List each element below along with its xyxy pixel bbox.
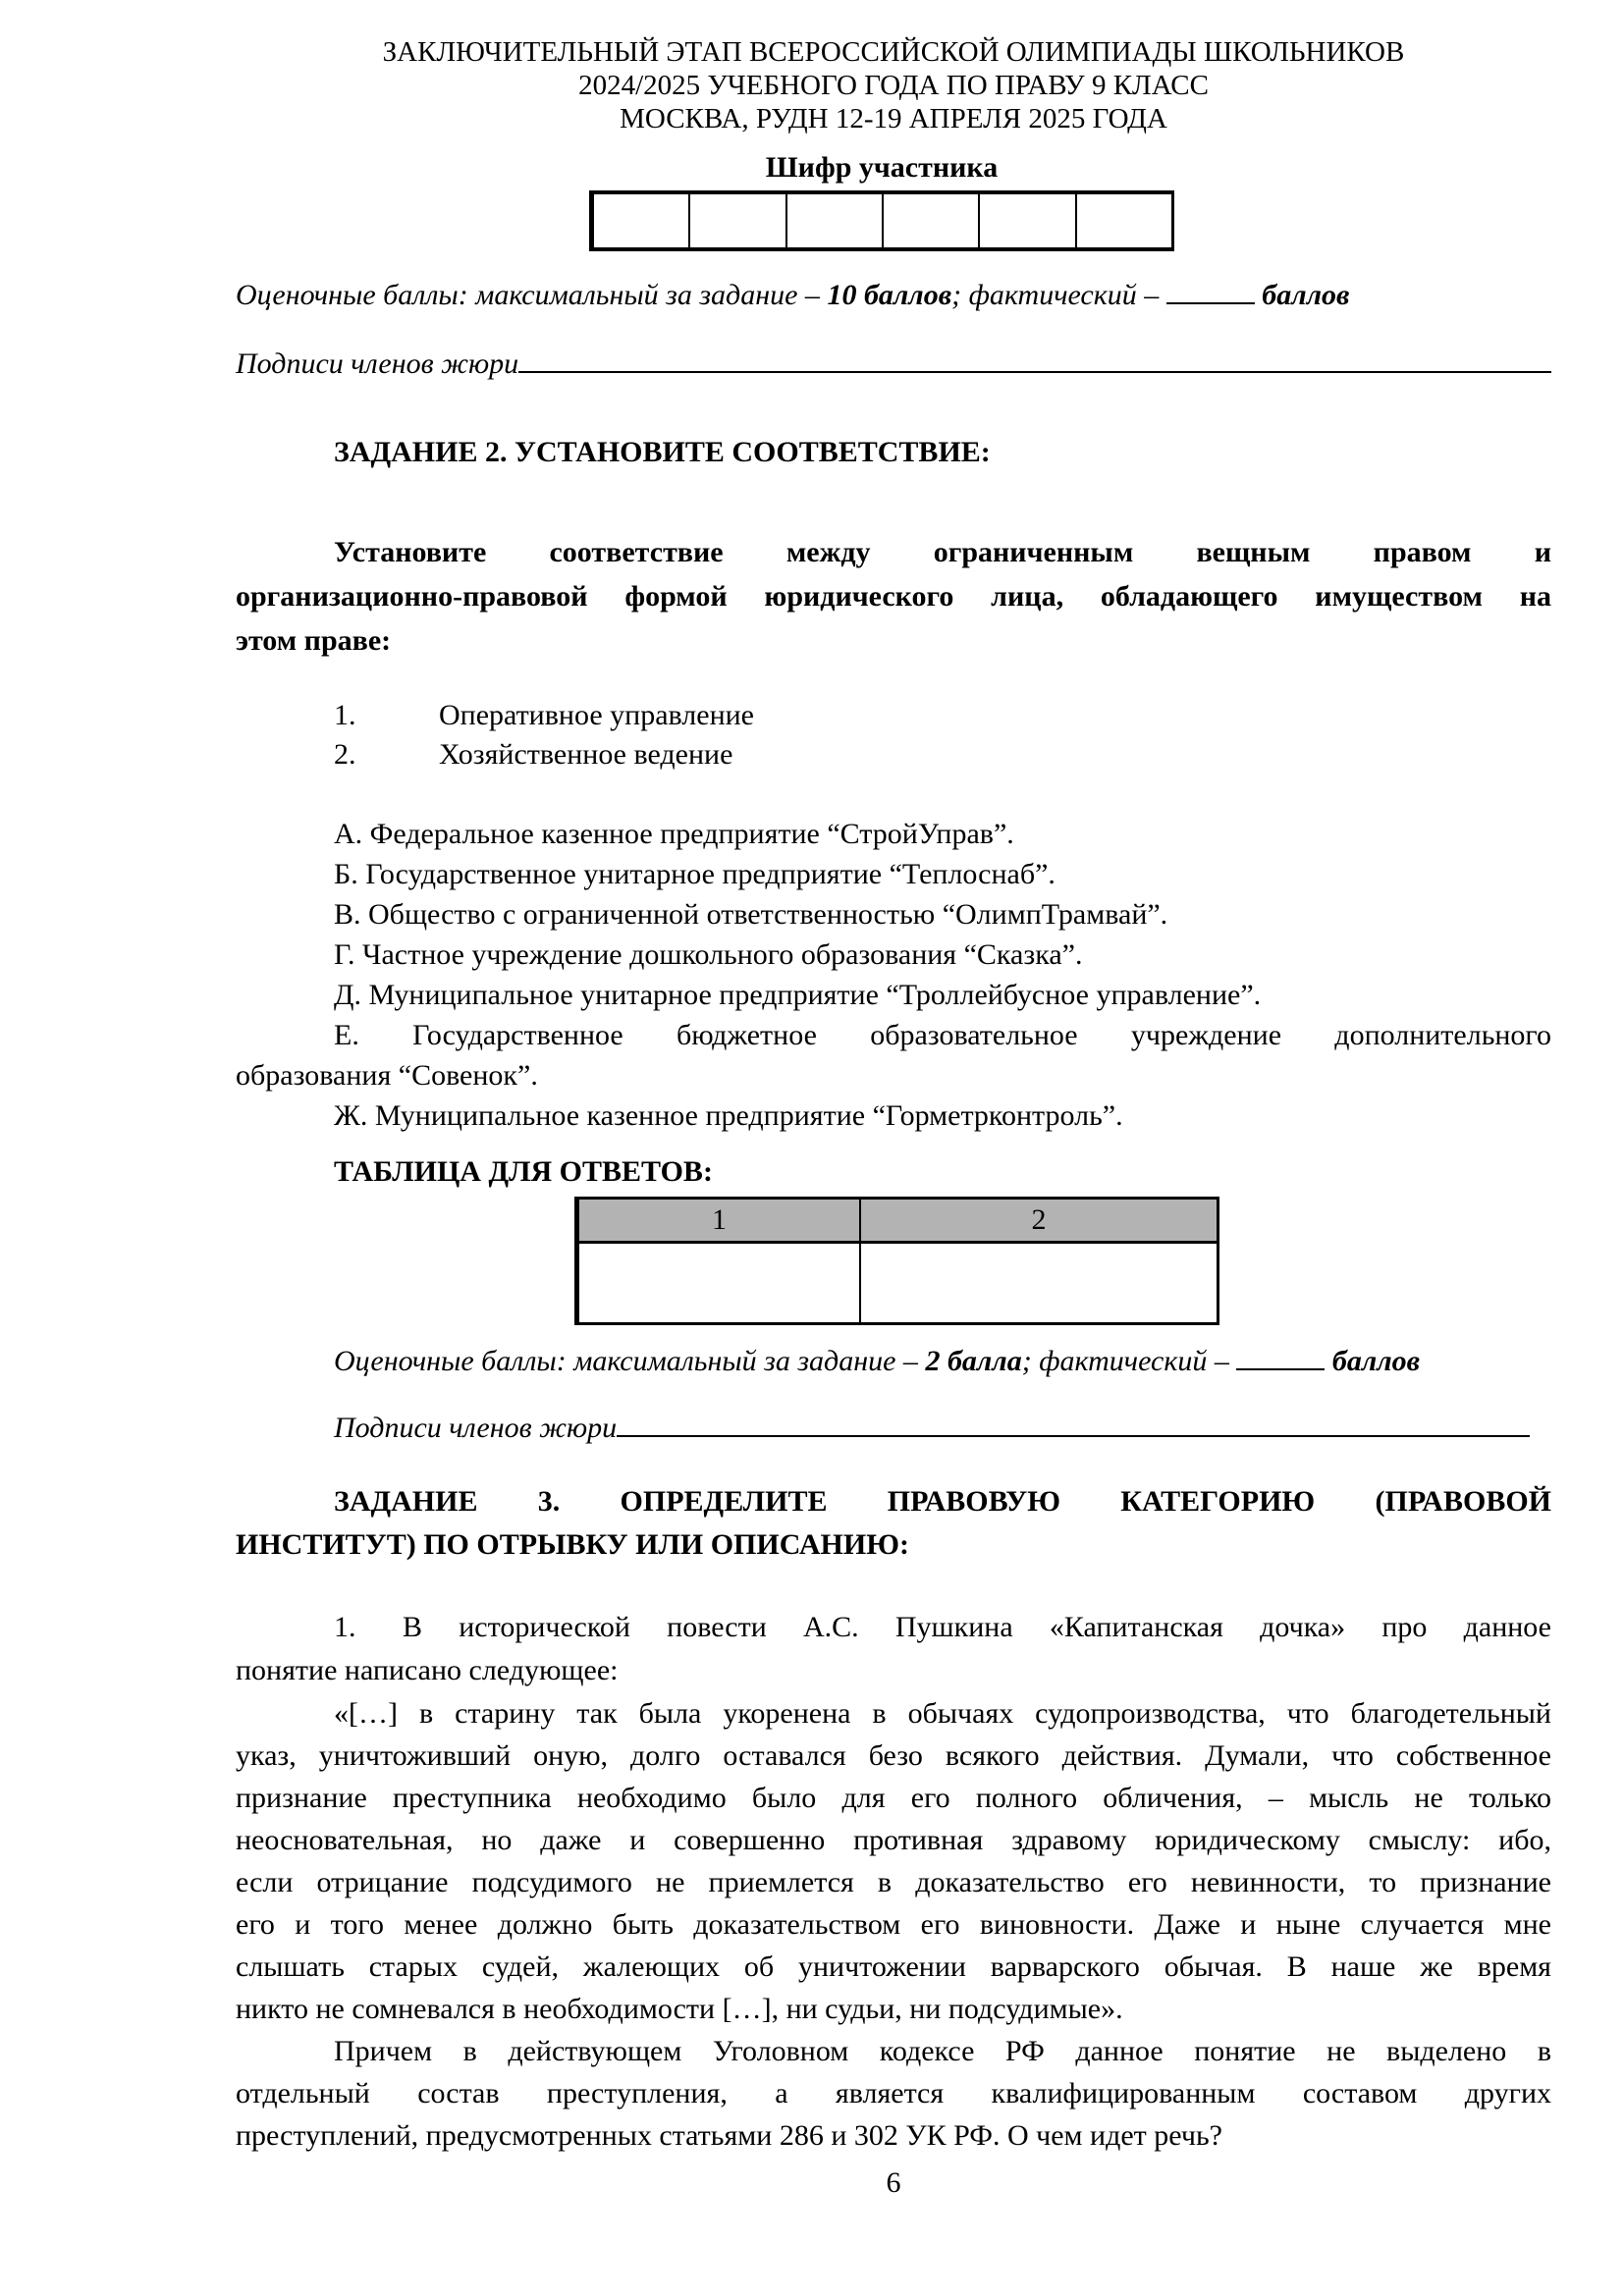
header-line: МОСКВА, РУДН 12-19 АПРЕЛЯ 2025 ГОДА (236, 102, 1551, 135)
answer-table: 12 (574, 1197, 1219, 1325)
task1-scoring-line: Оценочные баллы: максимальный за задание… (236, 279, 1551, 312)
task2-intro: Установите соответствие между ограниченн… (236, 530, 1551, 663)
numbered-item-text: Хозяйственное ведение (439, 738, 732, 771)
scoring-prefix: Оценочные баллы: максимальный за задание… (236, 279, 827, 311)
option-line: Е. Государственное бюджетное образовател… (236, 1015, 1551, 1055)
scoring-mid: ; фактический – (1022, 1345, 1237, 1377)
task2-intro-line: Установите соответствие между ограниченн… (236, 530, 1551, 574)
final-line: Причем в действующем Уголовном кодексе Р… (236, 2030, 1551, 2072)
answer-table-body-row (577, 1244, 1217, 1322)
document-header: ЗАКЛЮЧИТЕЛЬНЫЙ ЭТАП ВСЕРОССИЙСКОЙ ОЛИМПИ… (236, 35, 1551, 135)
task3-item1-line2: понятие написано следующее: (236, 1649, 1551, 1692)
numbered-item-text: Оперативное управление (439, 699, 754, 731)
header-line: ЗАКЛЮЧИТЕЛЬНЫЙ ЭТАП ВСЕРОССИЙСКОЙ ОЛИМПИ… (236, 35, 1551, 69)
option-line: Г. Частное учреждение дошкольного образо… (236, 934, 1551, 975)
task2-intro-line: организационно-правовой формой юридическ… (236, 574, 1551, 618)
scoring-mid: ; фактический – (951, 279, 1166, 311)
final-line: преступлений, предусмотренных статьями 2… (236, 2114, 1551, 2157)
signature-blank-line[interactable] (617, 1406, 1530, 1437)
answer-table-input-cell[interactable] (859, 1244, 1217, 1322)
option-line: образования “Совенок”. (236, 1055, 1551, 1095)
option-line: Д. Муниципальное унитарное предприятие “… (236, 975, 1551, 1015)
quote-line: слышать старых судей, жалеющих об уничто… (236, 1946, 1551, 1988)
task3-title: ЗАДАНИЕ 3. ОПРЕДЕЛИТЕ ПРАВОВУЮ КАТЕГОРИЮ… (236, 1480, 1551, 1567)
option-line: Ж. Муниципальное казенное предприятие “Г… (236, 1095, 1551, 1136)
participant-code-cell[interactable] (978, 194, 1074, 247)
task3-final-paragraph: Причем в действующем Уголовном кодексе Р… (236, 2030, 1551, 2157)
numbered-item-number: 2. (334, 735, 439, 774)
quote-line: указ, уничтоживший оную, долго оставался… (236, 1735, 1551, 1777)
final-line: отдельный состав преступления, а являетс… (236, 2072, 1551, 2114)
quote-line: признание преступника необходимо было дл… (236, 1777, 1551, 1819)
item-text: В исторической повести А.С. Пушкина «Кап… (403, 1611, 1551, 1643)
scoring-suffix: баллов (1325, 1345, 1420, 1377)
task2-scoring-line: Оценочные баллы: максимальный за задание… (236, 1345, 1551, 1378)
answer-table-input-cell[interactable] (577, 1244, 859, 1322)
participant-code-block: Шифр участника (589, 151, 1174, 251)
quote-line: если отрицание подсудимого не приемлется… (236, 1861, 1551, 1903)
task3-quote-paragraph: «[…] в старину так была укоренена в обыч… (236, 1692, 1551, 2030)
participant-code-cell[interactable] (785, 194, 882, 247)
option-line: А. Федеральное казенное предприятие “Стр… (236, 814, 1551, 854)
participant-code-cell[interactable] (882, 194, 978, 247)
answer-table-header-row: 12 (577, 1200, 1217, 1244)
scoring-max-points: 10 баллов (827, 279, 951, 311)
participant-code-label: Шифр участника (589, 151, 1174, 185)
option-line: В. Общество с ограниченной ответственнос… (236, 894, 1551, 934)
task3-title-line: ИНСТИТУТ) ПО ОТРЫВКУ ИЛИ ОПИСАНИЮ: (236, 1523, 1551, 1567)
answer-table-title: ТАБЛИЦА ДЛЯ ОТВЕТОВ: (236, 1155, 1551, 1189)
actual-score-blank[interactable] (1166, 302, 1255, 304)
numbered-item-number: 1. (334, 696, 439, 735)
participant-code-table (589, 190, 1174, 251)
task2-options-list: А. Федеральное казенное предприятие “Стр… (236, 814, 1551, 1136)
task2-intro-line: этом праве: (236, 618, 1551, 663)
task2-title: ЗАДАНИЕ 2. УСТАНОВИТЕ СООТВЕТСТВИЕ: (236, 436, 1551, 469)
quote-line: никто не сомневался в необходимости […],… (236, 1988, 1551, 2030)
answer-table-header-cell: 2 (859, 1200, 1217, 1241)
participant-code-cell[interactable] (592, 194, 688, 247)
signature-blank-line[interactable] (518, 342, 1551, 373)
item-number: 1. (334, 1606, 403, 1649)
jury-signatures-line-2: Подписи членов жюри (236, 1406, 1551, 1445)
page-number: 6 (236, 2166, 1551, 2200)
jury-label: Подписи членов жюри (236, 347, 518, 381)
document-content: ЗАКЛЮЧИТЕЛЬНЫЙ ЭТАП ВСЕРОССИЙСКОЙ ОЛИМПИ… (0, 0, 1624, 2200)
quote-line: «[…] в старину так была укоренена в обыч… (236, 1692, 1551, 1735)
task2-numbered-list: 1.Оперативное управление2.Хозяйственное … (236, 696, 1551, 774)
document-page: ЗАКЛЮЧИТЕЛЬНЫЙ ЭТАП ВСЕРОССИЙСКОЙ ОЛИМПИ… (0, 0, 1624, 2296)
participant-code-cell[interactable] (1075, 194, 1171, 247)
task3-item1: 1.В исторической повести А.С. Пушкина «К… (236, 1606, 1551, 1692)
actual-score-blank[interactable] (1236, 1368, 1325, 1370)
quote-line: неосновательная, но даже и совершенно пр… (236, 1819, 1551, 1861)
task3-item1-line1: 1.В исторической повести А.С. Пушкина «К… (236, 1606, 1551, 1649)
scoring-suffix: баллов (1255, 279, 1350, 311)
numbered-item: 1.Оперативное управление (236, 696, 1551, 735)
quote-line: его и того менее должно быть доказательс… (236, 1903, 1551, 1946)
header-line: 2024/2025 УЧЕБНОГО ГОДА ПО ПРАВУ 9 КЛАСС (236, 69, 1551, 102)
jury-signatures-line-1: Подписи членов жюри (236, 342, 1551, 381)
option-line: Б. Государственное унитарное предприятие… (236, 854, 1551, 894)
participant-code-cell[interactable] (688, 194, 785, 247)
scoring-prefix: Оценочные баллы: максимальный за задание… (334, 1345, 925, 1377)
task3-title-line: ЗАДАНИЕ 3. ОПРЕДЕЛИТЕ ПРАВОВУЮ КАТЕГОРИЮ… (236, 1480, 1551, 1523)
numbered-item: 2.Хозяйственное ведение (236, 735, 1551, 774)
jury-label: Подписи членов жюри (334, 1412, 617, 1445)
scoring-max-points: 2 балла (925, 1345, 1021, 1377)
answer-table-header-cell: 1 (577, 1200, 859, 1241)
